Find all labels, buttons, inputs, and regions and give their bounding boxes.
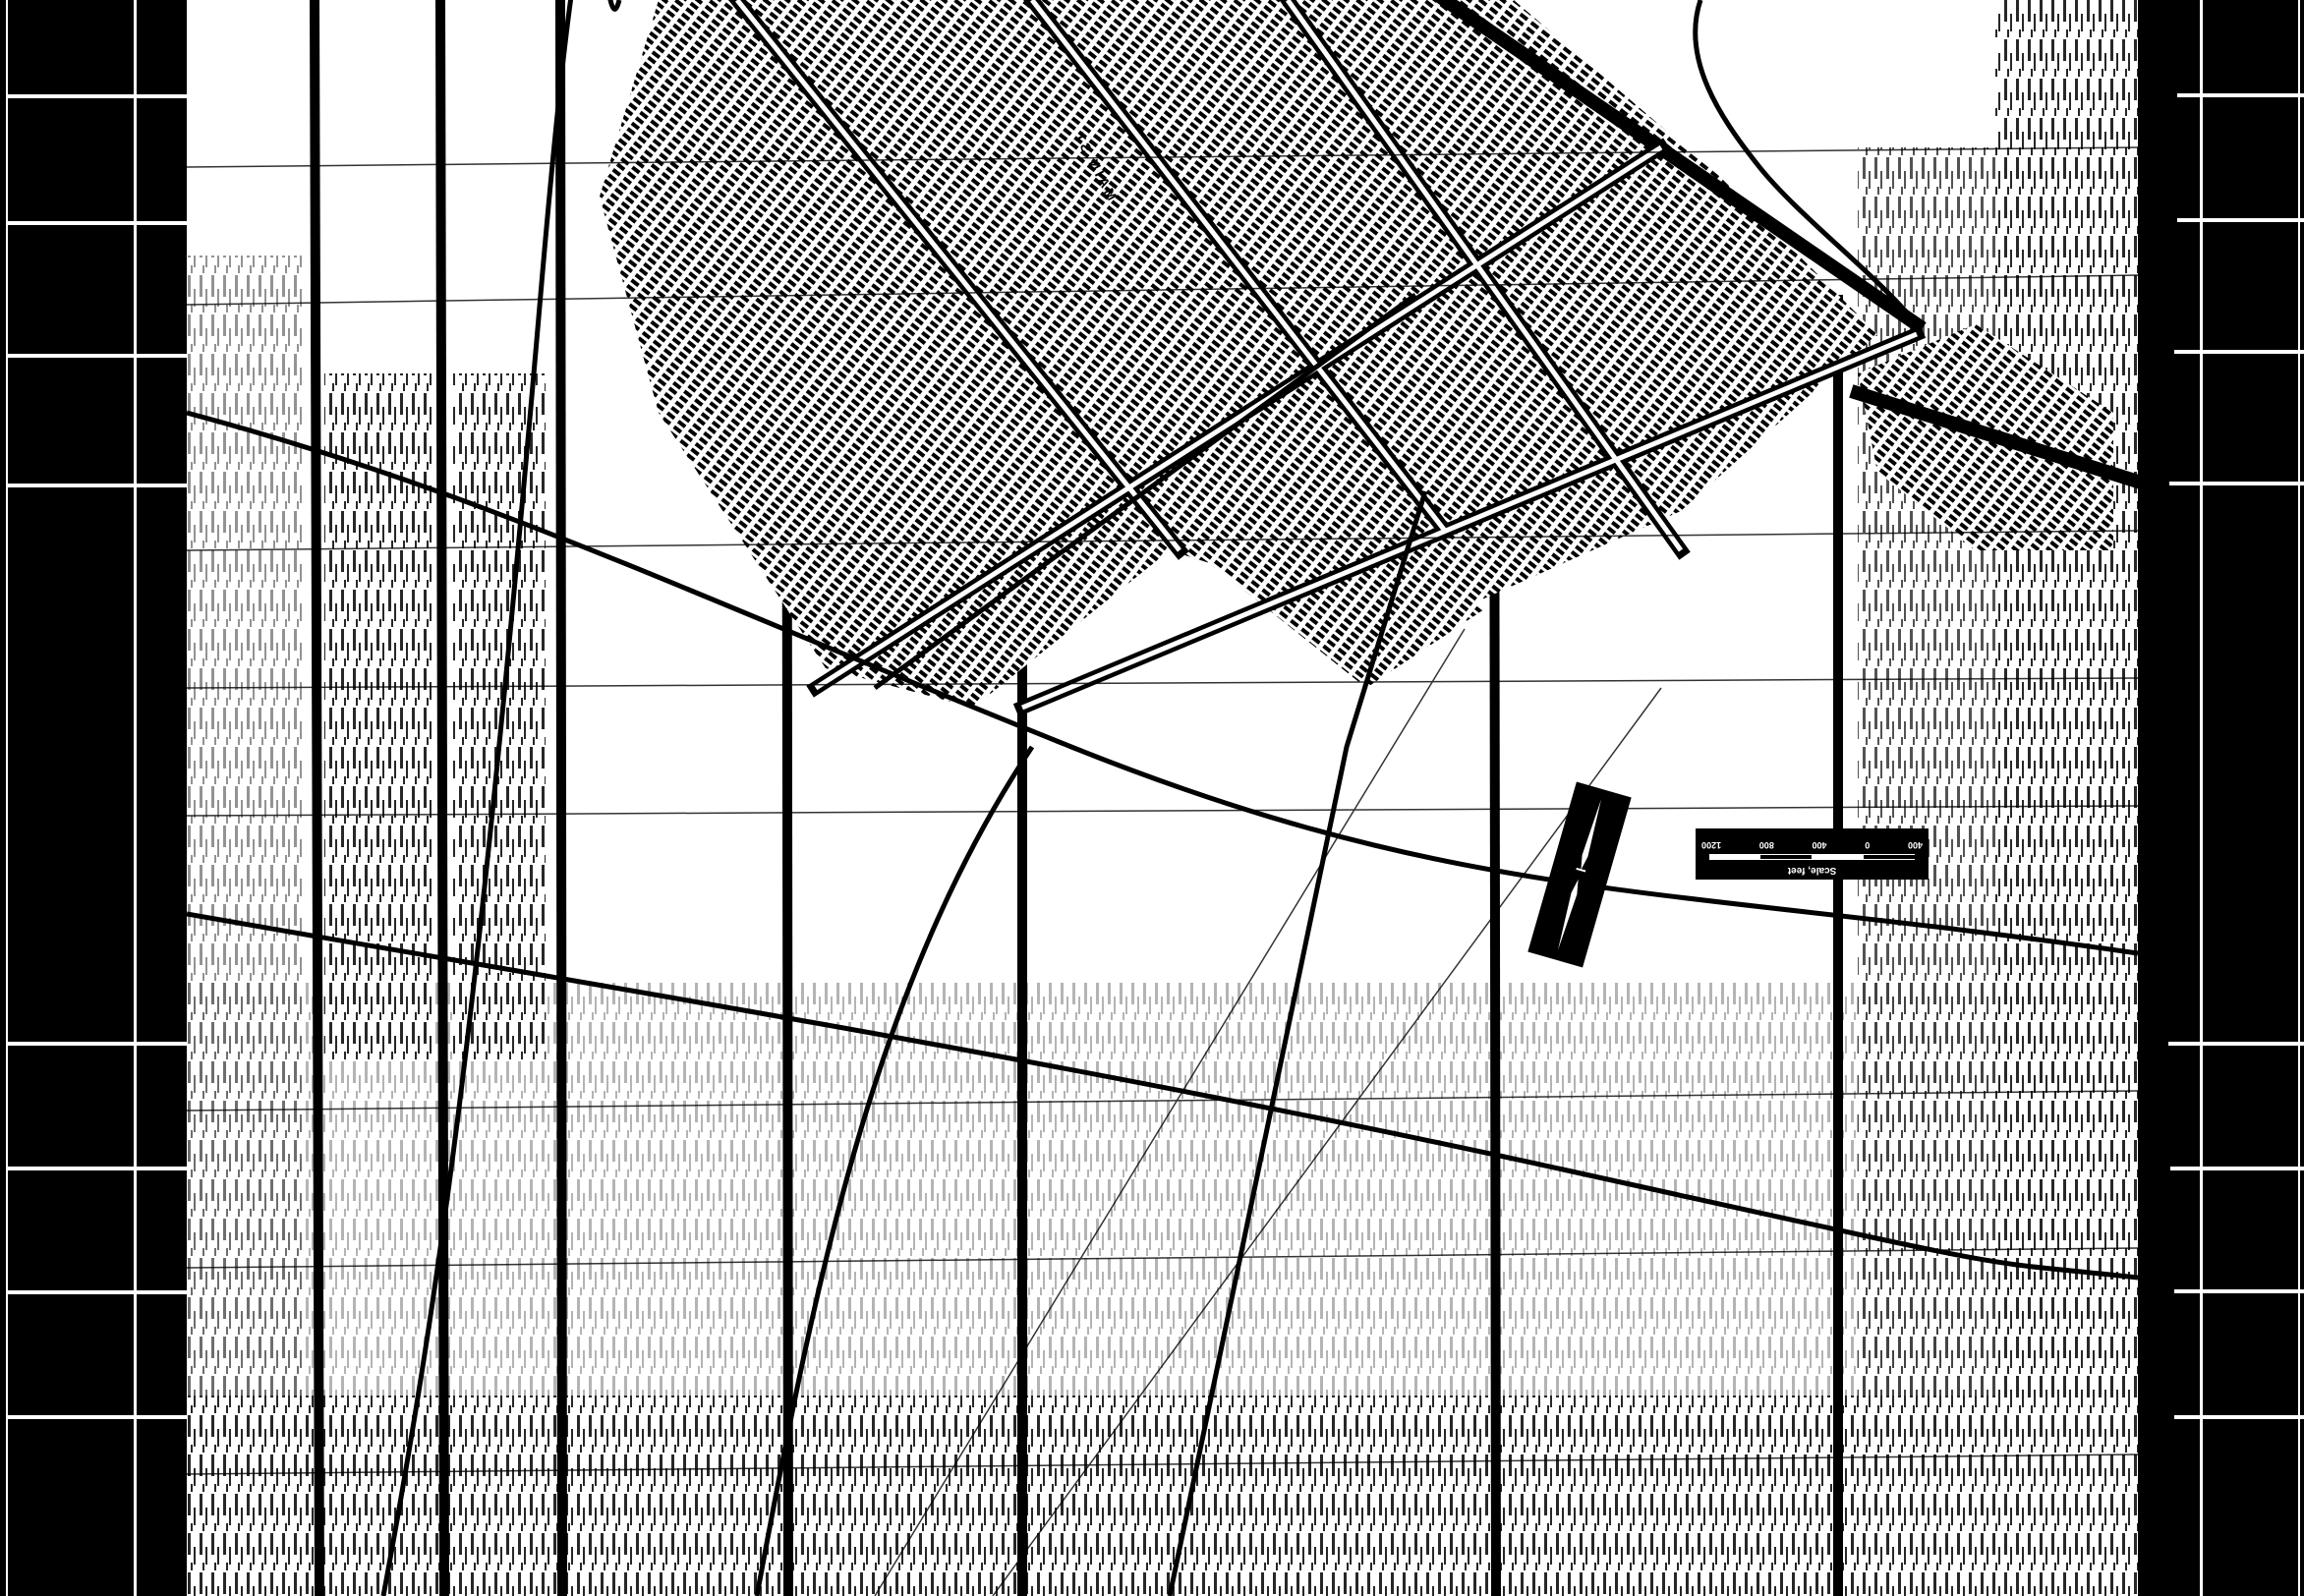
frame-gridline (6, 484, 187, 487)
frame-gridline (6, 1167, 187, 1170)
frame-gridline (2174, 350, 2304, 354)
frame-gridline (6, 1415, 187, 1419)
frame-gridline (6, 1290, 187, 1294)
frame-gridline (2200, 0, 2203, 1596)
frame-gridline (2169, 482, 2304, 485)
frame-gridline (2174, 1289, 2304, 1293)
scale-tick: 400 (1813, 840, 1827, 850)
frame-gridline (6, 354, 187, 358)
scale-bar: Scale, feet 400 0 400 800 1200 (1696, 828, 1929, 880)
scale-bar-graphic (1709, 854, 1915, 860)
frame-gridline (2177, 218, 2304, 222)
scale-ticks: 400 0 400 800 1200 (1701, 840, 1923, 850)
scale-tick: 400 (1908, 840, 1923, 850)
frame-gridline (6, 221, 187, 225)
scale-tick: 0 (1865, 840, 1870, 850)
scale-title: Scale, feet (1696, 865, 1929, 876)
frame-gridline (134, 0, 137, 1596)
scale-tick: 800 (1759, 840, 1774, 850)
frame-gridline (2298, 0, 2300, 1596)
frame-gridline (2177, 93, 2304, 97)
map-sheet: MAIN ST (187, 0, 2138, 1596)
frame-gridline (6, 94, 187, 98)
frame-gridline (6, 1042, 187, 1046)
scale-tick: 1200 (1701, 840, 1721, 850)
frame-gridline (2174, 1415, 2304, 1419)
frame-gridline (2170, 1167, 2304, 1170)
frame-gridline (2168, 1042, 2304, 1046)
frame-gridline (6, 0, 8, 1596)
map-drawing (187, 0, 2138, 1596)
